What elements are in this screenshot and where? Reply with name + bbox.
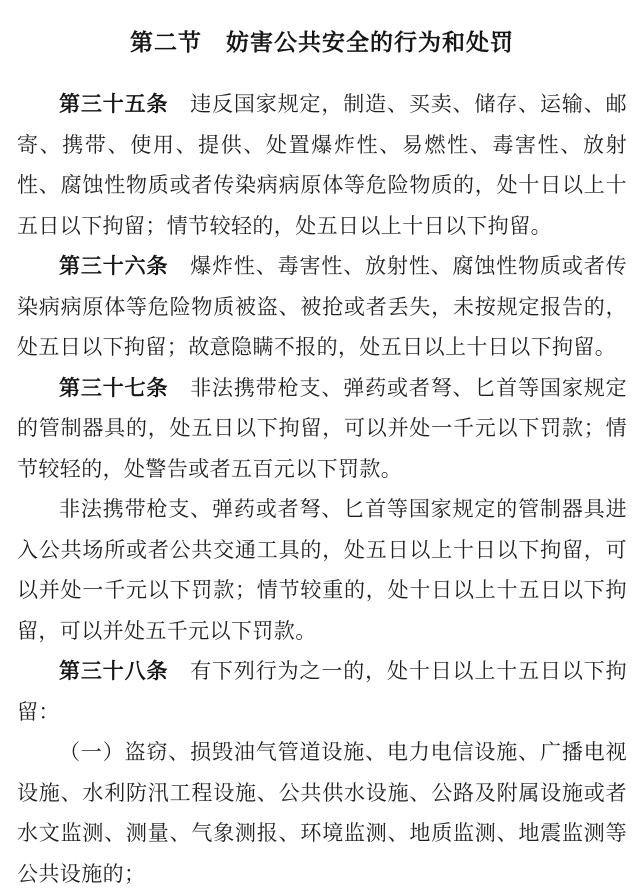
text-line: （一）盗窃、损毁油气管道设施、电力电信设施、广播电视 (17, 732, 627, 773)
line-text: （一）盗窃、损毁油气管道设施、电力电信设施、广播电视 (59, 740, 627, 764)
line-text: 染病病原体等危险物质被盗、被抢或者丢失，未按规定报告的， (17, 295, 627, 319)
line-text: 违反国家规定，制造、买卖、储存、运输、邮 (168, 92, 627, 116)
article-number: 第三十六条 (59, 254, 168, 278)
text-line: 留： (17, 692, 627, 733)
text-line: 性、腐蚀性物质或者传染病病原体等危险物质的，处十日以上十 (17, 165, 627, 206)
line-text: 性、腐蚀性物质或者传染病病原体等危险物质的，处十日以上十 (17, 173, 627, 197)
line-text: 公共设施的； (17, 862, 145, 886)
text-line: 设施、水利防汛工程设施、公共供水设施、公路及附属设施或者 (17, 773, 627, 814)
paragraph-article-38-item-1: （一）盗窃、损毁油气管道设施、电力电信设施、广播电视设施、水利防汛工程设施、公共… (17, 732, 627, 894)
text-line: 第三十八条 有下列行为之一的，处十日以上十五日以下拘 (17, 651, 627, 692)
text-line: 水文监测、测量、气象测报、环境监测、地质监测、地震监测等 (17, 813, 627, 854)
line-text: 非法携带枪支、弹药或者弩、匕首等国家规定的管制器具进 (59, 497, 627, 521)
section-title: 第二节 妨害公共安全的行为和处罚 (17, 28, 627, 58)
article-number: 第三十八条 (59, 659, 168, 683)
article-number: 第三十七条 (59, 376, 168, 400)
line-text: 留： (17, 700, 60, 724)
text-line: 公共设施的； (17, 854, 627, 895)
line-text: 有下列行为之一的，处十日以上十五日以下拘 (168, 659, 627, 683)
line-text: 寄、携带、使用、提供、处置爆炸性、易燃性、毒害性、放射 (17, 133, 627, 157)
article-number: 第三十五条 (59, 92, 168, 116)
paragraph-article-35: 第三十五条 违反国家规定，制造、买卖、储存、运输、邮寄、携带、使用、提供、处置爆… (17, 84, 627, 246)
text-line: 的管制器具的，处五日以下拘留，可以并处一千元以下罚款；情 (17, 408, 627, 449)
line-text: 爆炸性、毒害性、放射性、腐蚀性物质或者传 (168, 254, 627, 278)
line-text: 水文监测、测量、气象测报、环境监测、地质监测、地震监测等 (17, 821, 627, 845)
text-line: 第三十七条 非法携带枪支、弹药或者弩、匕首等国家规定 (17, 368, 627, 409)
text-line: 寄、携带、使用、提供、处置爆炸性、易燃性、毒害性、放射 (17, 125, 627, 166)
text-line: 非法携带枪支、弹药或者弩、匕首等国家规定的管制器具进 (17, 489, 627, 530)
line-text: 以并处一千元以下罚款；情节较重的，处十日以上十五日以下拘 (17, 578, 627, 602)
paragraph-article-37: 第三十七条 非法携带枪支、弹药或者弩、匕首等国家规定的管制器具的，处五日以下拘留… (17, 368, 627, 490)
paragraph-article-36: 第三十六条 爆炸性、毒害性、放射性、腐蚀性物质或者传染病病原体等危险物质被盗、被… (17, 246, 627, 368)
paragraph-article-37-paragraph-2: 非法携带枪支、弹药或者弩、匕首等国家规定的管制器具进入公共场所或者公共交通工具的… (17, 489, 627, 651)
text-line: 以并处一千元以下罚款；情节较重的，处十日以上十五日以下拘 (17, 570, 627, 611)
line-text: 非法携带枪支、弹药或者弩、匕首等国家规定 (168, 376, 627, 400)
text-line: 染病病原体等危险物质被盗、被抢或者丢失，未按规定报告的， (17, 287, 627, 328)
line-text: 五日以下拘留；情节较轻的，处五日以上十日以下拘留。 (17, 214, 552, 238)
text-line: 入公共场所或者公共交通工具的，处五日以上十日以下拘留，可 (17, 530, 627, 571)
text-line: 节较轻的，处警告或者五百元以下罚款。 (17, 449, 627, 490)
line-text: 设施、水利防汛工程设施、公共供水设施、公路及附属设施或者 (17, 781, 627, 805)
line-text: 入公共场所或者公共交通工具的，处五日以上十日以下拘留，可 (17, 538, 627, 562)
text-line: 处五日以下拘留；故意隐瞒不报的，处五日以上十日以下拘留。 (17, 327, 627, 368)
text-line: 第三十六条 爆炸性、毒害性、放射性、腐蚀性物质或者传 (17, 246, 627, 287)
text-line: 留，可以并处五千元以下罚款。 (17, 611, 627, 652)
line-text: 节较轻的，处警告或者五百元以下罚款。 (17, 457, 402, 481)
text-line: 第三十五条 违反国家规定，制造、买卖、储存、运输、邮 (17, 84, 627, 125)
paragraph-article-38: 第三十八条 有下列行为之一的，处十日以上十五日以下拘留： (17, 651, 627, 732)
text-line: 五日以下拘留；情节较轻的，处五日以上十日以下拘留。 (17, 206, 627, 247)
line-text: 的管制器具的，处五日以下拘留，可以并处一千元以下罚款；情 (17, 416, 627, 440)
line-text: 处五日以下拘留；故意隐瞒不报的，处五日以上十日以下拘留。 (17, 335, 616, 359)
document-body: 第三十五条 违反国家规定，制造、买卖、储存、运输、邮寄、携带、使用、提供、处置爆… (17, 84, 627, 894)
line-text: 留，可以并处五千元以下罚款。 (17, 619, 317, 643)
document-page: 第二节 妨害公共安全的行为和处罚 第三十五条 违反国家规定，制造、买卖、储存、运… (0, 0, 640, 895)
